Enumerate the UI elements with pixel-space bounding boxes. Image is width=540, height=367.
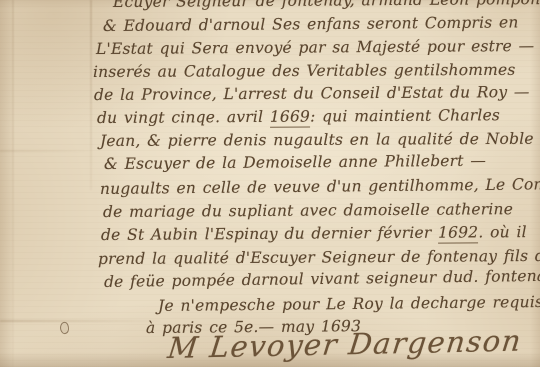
manuscript-line: de mariage du supliant avec damoiselle c… [103,199,513,223]
manuscript-line: Jean, & pierre denis nugaults en la qual… [100,129,534,152]
underlined-year-1669: 1669 [270,108,310,128]
faint-horizontal-crease [0,150,90,152]
manuscript-line: de feüe pompée darnoul vivant seigneur d… [104,266,540,293]
manuscript-line: & Escuyer de la Demoiselle anne Phillebe… [104,151,486,175]
manuscript-line-with-date: du vingt cinqe. avril 1669: qui maintien… [97,105,500,129]
line-text-post: : qui maintient Charles [310,106,500,125]
line-text-pre: du vingt cinqe. avril [97,108,270,127]
manuscript-line: Ecuyer Seigneur de fontenay, armand Leon… [113,0,540,13]
signature: M Levoyer Dargenson [166,324,524,366]
manuscript-page: Ecuyer Seigneur de fontenay, armand Leon… [0,0,540,367]
manuscript-line: de la Province, L'arrest du Conseil d'Es… [94,82,530,106]
manuscript-line: nugaults en celle de veuve d'un gentilho… [100,174,540,200]
left-edge-crease [12,0,14,367]
vertical-fold-crease [90,0,92,190]
manuscript-line: inserés au Catalogue des Veritables gent… [93,60,516,83]
line-text-post: . où il [478,223,527,241]
manuscript-line: Je n'empesche pour Le Roy la decharge re… [158,292,540,317]
manuscript-line: & Edouard d'arnoul Ses enfans seront Com… [103,12,519,37]
ink-blot [59,321,71,335]
manuscript-line: L'Estat qui Sera envoyé par sa Majesté p… [96,36,534,60]
manuscript-line-with-date: de St Aubin l'Espinay du dernier février… [101,222,527,246]
horizontal-fold-crease [0,320,160,322]
underlined-year-1692: 1692 [438,223,478,243]
line-text-pre: de St Aubin l'Espinay du dernier février [101,224,438,244]
